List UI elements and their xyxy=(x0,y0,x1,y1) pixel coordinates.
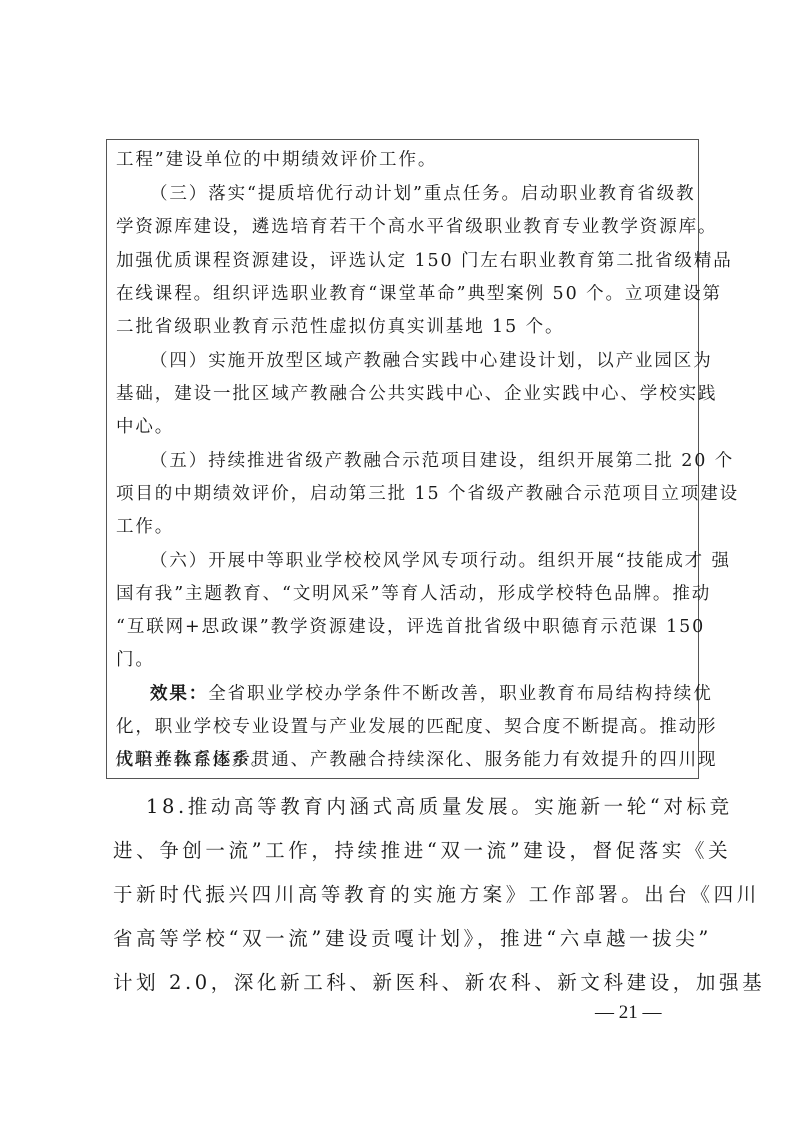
page-number: — 21 — xyxy=(595,1002,662,1024)
box-line: 门。 xyxy=(116,648,155,672)
box-line: 工程”建设单位的中期绩效评价工作。 xyxy=(116,148,437,172)
body-line: 于新时代振兴四川高等教育的实施方案》工作部署。出台《四川 xyxy=(113,881,760,909)
box-line: 基础，建设一批区域产教融合公共实践中心、企业实践中心、学校实践 xyxy=(116,382,717,406)
effect-line: 效果：全省职业学校办学条件不断改善，职业教育布局结构持续优 xyxy=(150,682,713,706)
box-line: 二批省级职业教育示范性虚拟仿真实训基地 15 个。 xyxy=(116,315,564,339)
box-line: 中心。 xyxy=(116,415,174,439)
box-line: 化，职业学校专业设置与产业发展的匹配度、契合度不断提高。推动形 xyxy=(116,715,717,739)
box-line: 代职业教育体系。 xyxy=(115,748,270,772)
box-line: 国有我”主题教育、“文明风采”等育人活动，形成学校特色品牌。推动 xyxy=(116,582,711,606)
effect-label: 效果： xyxy=(150,684,208,704)
box-line: （三）落实“提质培优行动计划”重点任务。启动职业教育省级教 xyxy=(150,182,696,206)
text-box: 工程”建设单位的中期绩效评价工作。 （三）落实“提质培优行动计划”重点任务。启动… xyxy=(106,139,699,779)
box-line: 项目的中期绩效评价，启动第三批 15 个省级产教融合示范项目立项建设 xyxy=(116,482,739,506)
box-line: 学资源库建设，遴选培育若干个高水平省级职业教育专业教学资源库。 xyxy=(116,215,717,239)
body-line: 进、争创一流”工作，持续推进“双一流”建设，督促落实《关 xyxy=(113,837,731,865)
box-line: （五）持续推进省级产教融合示范项目建设，组织开展第二批 20 个 xyxy=(150,449,734,473)
box-line: 加强优质课程资源建设，评选认定 150 门左右职业教育第二批省级精品 xyxy=(116,249,733,273)
box-line: 工作。 xyxy=(116,515,174,539)
box-line: “互联网+思政课”教学资源建设，评选首批省级中职德育示范课 150 xyxy=(116,615,705,639)
body-line: 18.推动高等教育内涵式高质量发展。实施新一轮“对标竞 xyxy=(146,793,733,821)
box-line: （六）开展中等职业学校校风学风专项行动。组织开展“技能成才 强 xyxy=(150,549,731,573)
box-line: 在线课程。组织评选职业教育“课堂革命”典型案例 50 个。立项建设第 xyxy=(116,282,722,306)
body-line: 计划 2.0，深化新工科、新医科、新农科、新文科建设，加强基 xyxy=(113,969,765,997)
box-line: （四）实施开放型区域产教融合实践中心建设计划，以产业园区为 xyxy=(150,349,713,373)
body-line: 省高等学校“双一流”建设贡嘎计划》，推进“六卓越一拔尖” xyxy=(113,925,712,953)
